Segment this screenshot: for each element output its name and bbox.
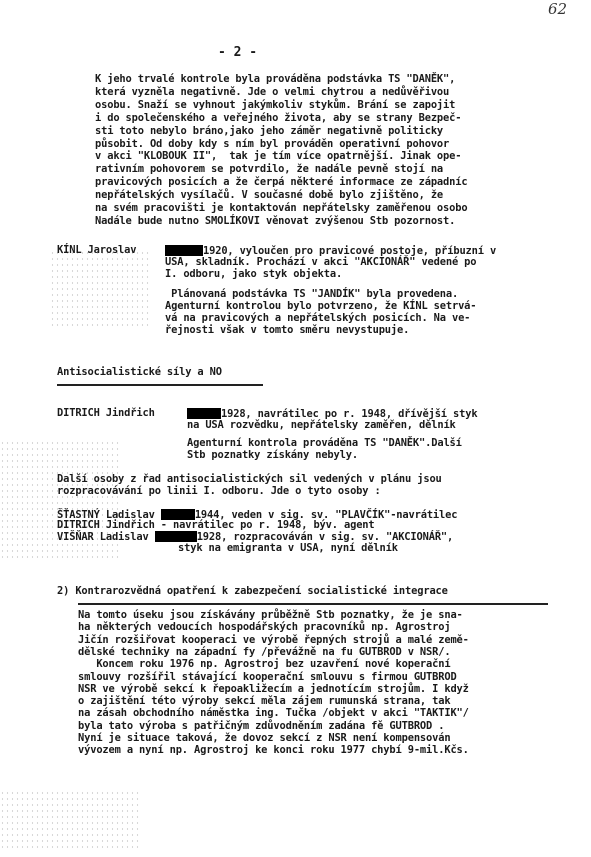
text-line: která vyzněla negativně. Jde o velmi chy… bbox=[95, 87, 449, 98]
text-line: řejnosti však v tomto směru nevystupuje. bbox=[165, 325, 409, 336]
text-line: vá na pravicových a nepřátelských posicí… bbox=[165, 313, 470, 324]
redaction-block bbox=[155, 531, 197, 542]
text-line: na svém pracovišti je kontaktován nepřát… bbox=[95, 203, 467, 214]
person-list-item: DITRICH Jindřich - navrátilec po r. 1948… bbox=[57, 520, 375, 531]
scan-noise bbox=[0, 790, 140, 850]
text-line: dělské techniky na západní fy /převážně … bbox=[78, 647, 450, 658]
redaction-block bbox=[165, 245, 203, 256]
para-other-0: Další osoby z řad antisocialistických si… bbox=[57, 474, 442, 485]
text-line: na zásah obchodního náměstka ing. Tučka … bbox=[78, 708, 469, 719]
heading-underline bbox=[57, 384, 263, 386]
para-other-1: rozpracovávání po linii I. odboru. Jde o… bbox=[57, 486, 381, 497]
text-line: byla tato výroba s patřičným zdůvodněním… bbox=[78, 721, 444, 732]
page-header: - 2 - bbox=[218, 47, 257, 58]
text-line: vývozem a nyní np. Agrostroj ke konci ro… bbox=[78, 745, 469, 756]
text-line: o zajištění této výroby sekcí měla zájem… bbox=[78, 696, 450, 707]
section-heading-antisocialist: Antisocialistické síly a NO bbox=[57, 367, 222, 378]
text-line: Na tomto úseku jsou získávány průběžně S… bbox=[78, 610, 463, 621]
text-line: Koncem roku 1976 np. Agrostroj bez uzavř… bbox=[78, 659, 450, 670]
text-line: ha některých vedoucích hospodářských pra… bbox=[78, 622, 450, 633]
redaction-block bbox=[187, 408, 221, 419]
person-name-ditrich: DITRICH Jindřich bbox=[57, 408, 155, 419]
section-heading-counterintelligence: 2) Kontrarozvědná opatření k zabezpečení… bbox=[57, 586, 448, 597]
text-line: pravicových posicích a že čerpá některé … bbox=[95, 177, 467, 188]
text-line: NSR ve výrobě sekcí k řepoakližecím a je… bbox=[78, 684, 469, 695]
text-line: I. odboru, jako styk objekta. bbox=[165, 269, 342, 280]
scan-noise bbox=[50, 250, 150, 330]
text-line: i do společenského a veřejného života, a… bbox=[95, 113, 461, 124]
handwritten-page-number: 62 bbox=[548, 0, 567, 18]
text-line: v akci "KLOBOUK II", tak je tím více opa… bbox=[95, 151, 461, 162]
text-line: nepřátelských vysílačů. V současné době … bbox=[95, 190, 443, 201]
text-line: Plánovaná podstávka TS "JANDÍK" byla pro… bbox=[165, 289, 458, 300]
person-list-continuation: styk na emigranta v USA, nyní dělník bbox=[178, 543, 398, 554]
text-line: osobu. Snaží se vyhnout jakýmkoliv styků… bbox=[95, 100, 455, 111]
text-line: smlouvy rozšířil stávající kooperační sm… bbox=[78, 672, 457, 683]
ditrich-line-1: na USA rozvědku, nepřátelsky zaměřen, dě… bbox=[187, 420, 456, 431]
text-line: sti toto nebylo bráno,jako jeho záměr ne… bbox=[95, 126, 443, 137]
ditrich-note-0: Agenturní kontrola prováděna TS "DANĚK".… bbox=[187, 438, 462, 449]
text-line: Nadále bude nutno SMOLÍKOVI věnovat zvýš… bbox=[95, 216, 455, 227]
heading-underline bbox=[78, 603, 548, 605]
ditrich-note-1: Stb poznatky získány nebyly. bbox=[187, 450, 358, 461]
text-line: USA, skladník. Prochází v akci "AKCIONÁŘ… bbox=[165, 257, 476, 268]
text-line: K jeho trvalé kontrole byla prováděna po… bbox=[95, 74, 455, 85]
document-page: 62 - 2 - K jeho trvalé kontrole byla pro… bbox=[0, 0, 591, 857]
text-line: Nyní je situace taková, že dovoz sekcí z… bbox=[78, 733, 450, 744]
person-name-kinl: KÍNL Jaroslav bbox=[57, 245, 136, 256]
text-line: Agenturní kontrolou bylo potvrzeno, že K… bbox=[165, 301, 476, 312]
text-line: Jičín rozšiřovat kooperaci ve výrobě řep… bbox=[78, 635, 469, 646]
text-line: rativním pohovorem se potvrdilo, že nadá… bbox=[95, 164, 443, 175]
text-line: působit. Od doby kdy s ním byl prováděn … bbox=[95, 139, 449, 150]
